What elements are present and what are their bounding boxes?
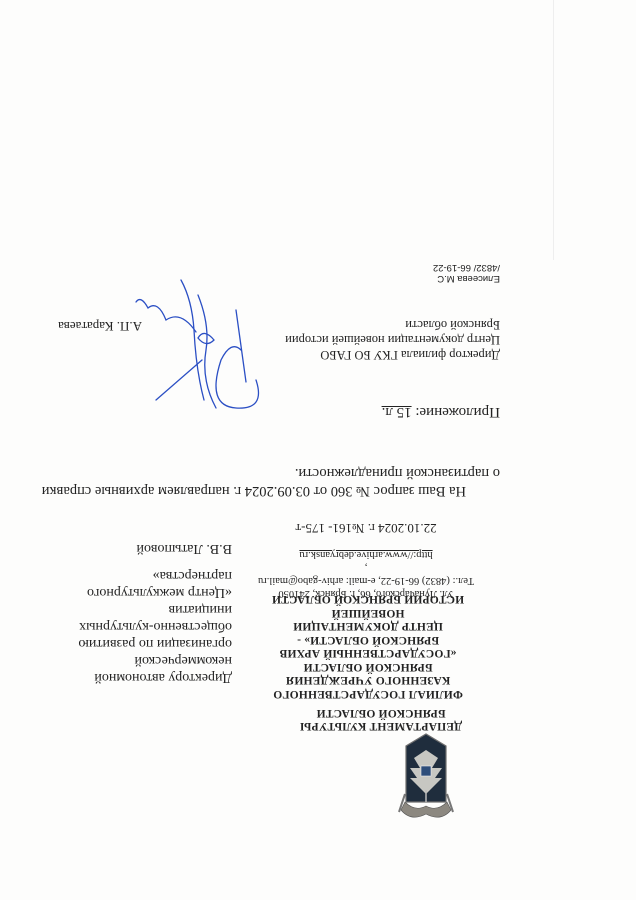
recipient-block: Директору автономной некоммерческой орга… [57,540,232,686]
attachment-note: Приложение: 15 л. [382,403,500,420]
branch-line: ФИЛИАЛ ГОСУДАРСТВЕННОГО [268,687,468,701]
scanned-letter-page: ДЕПАРТАМЕНТ КУЛЬТУРЫ БРЯНСКОЙ ОБЛАСТИ ФИ… [0,0,636,900]
scan-artifact-line [553,0,554,260]
recipient-line: Директору автономной [57,669,232,686]
handwritten-signature-icon [131,270,276,420]
address: Ул. Луначарского, 66, г. Брянск, 241050 [256,587,476,600]
phone-email: Тел.: (4832) 66-19-22, e-mail: arhiv-gab… [256,561,476,587]
branch-line: КАЗЕННОГО УЧРЕЖДЕНИЯ [268,673,468,687]
attachment-label: Приложение: [415,404,500,420]
branch-name-block: ФИЛИАЛ ГОСУДАРСТВЕННОГО КАЗЕННОГО УЧРЕЖД… [268,592,468,700]
recipient-line: партнерства» [57,567,232,584]
branch-line: «ГОСУДАРСТВЕННЫЙ АРХИВ [268,646,468,660]
contact-info: Ул. Луначарского, 66, г. Брянск, 241050 … [256,548,476,600]
signer-title-line: Центр документации новейшей истории [250,332,500,347]
department-line: БРЯНСКОЙ ОБЛАСТИ [276,706,486,719]
date-registration-number: 22.10.2024 г. №161- 175-т [266,520,466,536]
recipient-line: некоммерческой [57,652,232,669]
executor-info: Елисеева М.С /4832/ 66-19-22 [433,262,500,284]
signer-title: Директор филиала ГКУ БО ГАБО Центр докум… [250,317,500,362]
executor-name: Елисеева М.С [433,273,500,284]
signer-title-line: Брянской области [250,317,500,332]
branch-line: БРЯНСКОЙ ОБЛАСТИ» - [268,633,468,647]
branch-line: БРЯНСКОЙ ОБЛАСТИ [268,660,468,674]
executor-phone: /4832/ 66-19-22 [433,262,500,273]
website-link[interactable]: http://www.arhive.debryansk.ru [256,548,476,561]
recipient-line: общественно-культурных [57,618,232,635]
letter-body: На Ваш запрос № 360 от 03.09.2024 г. нап… [40,464,500,500]
recipient-name: В.В. Латыповой [57,540,232,557]
recipient-line: инициатив [57,601,232,618]
bryansk-coat-of-arms-icon [397,732,455,824]
department-line: ДЕПАРТАМЕНТ КУЛЬТУРЫ [276,719,486,732]
signer-title-line: Директор филиала ГКУ БО ГАБО [250,347,500,362]
department-header: ДЕПАРТАМЕНТ КУЛЬТУРЫ БРЯНСКОЙ ОБЛАСТИ [276,706,486,732]
signer-name: А.П. Каратаева [58,318,142,334]
branch-line: ЦЕНТР ДОКУМЕНТАЦИИ НОВЕЙШЕЙ [268,606,468,633]
recipient-line: организации по развитию [57,635,232,652]
recipient-line: «Центр межкультурного [57,584,232,601]
attachment-value: 15 л. [382,404,412,420]
